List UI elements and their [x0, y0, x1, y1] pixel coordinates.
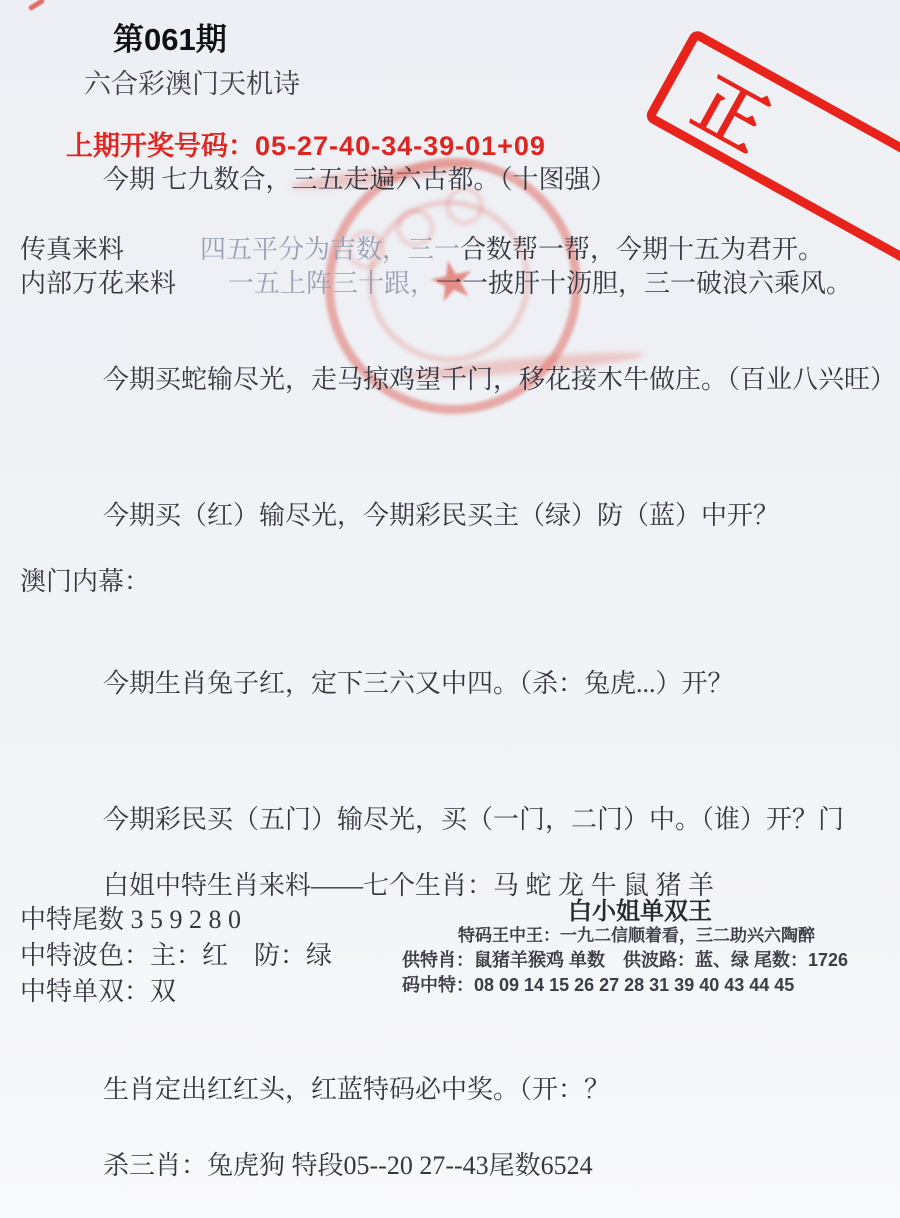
tip-sheet-page: 〇〇〇 ★ 第061期 六合彩澳门天机诗 上期开奖号码：05-27-40-34-… [0, 0, 900, 1218]
tip-rabbit-line: 今期生肖兔子红，定下三六又中四。（杀：兔虎...）开？ [103, 668, 734, 700]
internal-label: 内部万花来料 [20, 268, 176, 300]
poem-line: 今期 七九数合，三五走遍六古都。（十图强） [103, 164, 617, 196]
last-draw-line: 上期开奖号码：05-27-40-34-39-01+09 [66, 124, 546, 163]
fax-content-faded: 四五平分为吉数，三一 [200, 235, 460, 264]
winner-line: 生肖定出红红头，红蓝特码必中奖。（开：？ [103, 1074, 610, 1106]
queen-line-special-codes: 码中特：08 09 14 15 26 27 28 31 39 40 43 44 … [402, 971, 794, 997]
queen-line-kingofkings: 特码王中王：一九二信顺着看，三二助兴六陶醉 [458, 921, 815, 946]
tip-doors-line: 今期彩民买（五门）输尽光，买（一门，二门）中。（谁）开？门 [103, 804, 844, 836]
stamp-char-zheng: 正 [678, 48, 788, 170]
tip-color-line: 今期买（红）输尽光，今期彩民买主（绿）防（蓝）中开？ [103, 500, 779, 532]
stat-tail-numbers: 中特尾数 3 5 9 2 8 0 [20, 904, 241, 936]
queen-line-zodiac-wave: 供特肖：鼠猪羊猴鸡 单数 供波路：蓝、绿 尾数：1726 [402, 946, 848, 972]
series-title: 六合彩澳门天机诗 [84, 62, 300, 101]
stat-wave-color: 中特波色：主：红 防：绿 [20, 940, 332, 972]
last-draw-label: 上期开奖号码： [66, 131, 255, 161]
internal-content-rest: 一一披肝十沥胆，三一破浪六乘风。 [436, 269, 852, 298]
internal-content-faded: 一五上阵三十跟， [228, 269, 436, 298]
stat-parity: 中特单双：双 [20, 976, 176, 1008]
issue-title: 第061期 [113, 14, 227, 59]
fax-content: 四五平分为吉数，三一合数帮一帮，今期十五为君开。 [200, 234, 824, 266]
fax-content-rest: 合数帮一帮，今期十五为君开。 [460, 235, 824, 264]
tip-snake-line: 今期买蛇输尽光，走马掠鸡望千门，移花接木牛做庄。（百业八兴旺） [103, 364, 896, 396]
macau-insider-label: 澳门内幕： [20, 566, 150, 598]
kill-three-line: 杀三肖：兔虎狗 特段05--20 27--43尾数6524 [103, 1150, 593, 1182]
internal-content: 一五上阵三十跟，一一披肝十沥胆，三一破浪六乘风。 [228, 268, 852, 300]
last-draw-numbers: 05-27-40-34-39-01+09 [255, 131, 546, 161]
fax-label: 传真来料 [20, 234, 124, 266]
pen-mark [28, 0, 45, 11]
